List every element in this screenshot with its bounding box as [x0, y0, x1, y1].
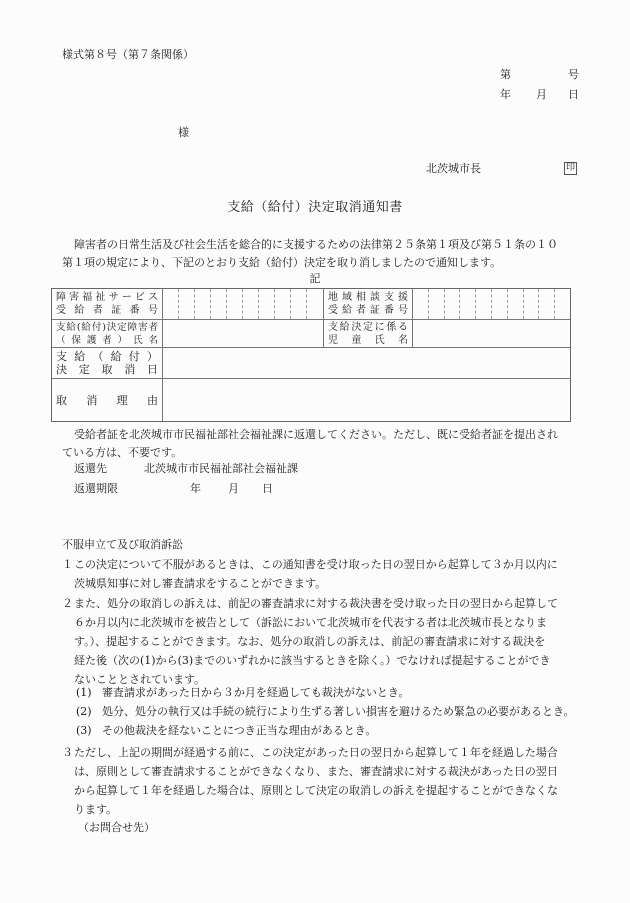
document-number-prefix: 第: [500, 68, 511, 82]
digit-cell[interactable]: [195, 289, 211, 319]
item-line: 茨城県知事に対し審査請求をすることができます。: [62, 574, 607, 593]
community-support-number-field[interactable]: [413, 289, 571, 319]
recipient-honorific: 様: [178, 126, 189, 140]
form-number: 様式第８号（第７条関係）: [62, 48, 194, 62]
digit-cell[interactable]: [275, 289, 291, 319]
appeal-item-3: ３ ただし、上記の期間が経過する前に、この決定があった日の翌日から起算して１年を…: [62, 743, 607, 819]
digit-cell[interactable]: [413, 289, 429, 319]
return-deadline-month: 月: [228, 482, 239, 496]
label-line: 支給(給付)決定障害者: [56, 321, 158, 334]
label-line: 障害福祉サービス: [56, 291, 158, 304]
label-line: 受給者証番号: [328, 304, 408, 317]
return-deadline-day: 日: [262, 482, 273, 496]
table-row-cancel-date: 支給（給付） 決定取消日: [52, 348, 570, 379]
digit-cell[interactable]: [476, 289, 492, 319]
digit-cell[interactable]: [460, 289, 476, 319]
intro-line-2: 第１項の規定により、下記のとおり支給（給付）決定を取り消しましたので通知します。: [62, 254, 582, 272]
digit-cell[interactable]: [555, 289, 571, 319]
label-line: 児童氏名: [328, 334, 408, 347]
appeal-sub-item-3: (3)その他裁決を経ないことにつき正当な理由があるとき。: [76, 724, 376, 738]
digit-cell[interactable]: [227, 289, 243, 319]
table-row-recipient-numbers: 障害福祉サービス 受給者証番号 地域相談支援 受給者証番号: [52, 289, 570, 320]
appeal-sub-item-1: (1)審査請求があった日から３か月を経過しても裁決がないとき。: [76, 686, 409, 700]
label-welfare-service-number: 障害福祉サービス 受給者証番号: [52, 289, 163, 319]
digit-cell[interactable]: [179, 289, 195, 319]
return-note: 受給者証を北茨城市市民福祉部社会福祉課に返還してください。ただし、既に受給者証を…: [62, 426, 602, 462]
label-community-support-number: 地域相談支援 受給者証番号: [323, 289, 413, 319]
item-line: ただし、上記の期間が経過する前に、この決定があった日の翌日から起算して１年を経過…: [62, 743, 607, 762]
sub-item-text: その他裁決を経ないことにつき正当な理由があるとき。: [102, 724, 376, 737]
issue-date-month: 月: [536, 88, 547, 102]
document-number-suffix: 号: [568, 68, 579, 82]
digit-cell[interactable]: [445, 289, 461, 319]
label-cancel-reason: 取消理由: [52, 379, 163, 421]
label-guardian-name: 支給(給付)決定障害者 （保護者）氏名: [52, 320, 163, 347]
sub-item-mark: (1): [76, 686, 102, 700]
ki-marker: 記: [0, 272, 630, 286]
sub-item-text: 審査請求があった日から３か月を経過しても裁決がないとき。: [102, 686, 409, 699]
appeal-heading: 不服申立て及び取消訴訟: [62, 538, 183, 552]
return-deadline-year: 年: [190, 482, 201, 496]
table-row-cancel-reason: 取消理由: [52, 379, 570, 421]
item-line: す。）、提起することができます。なお、処分の取消しの訴えは、前記の審査請求に対す…: [62, 632, 607, 651]
label-line: 取消理由: [56, 394, 158, 407]
label-child-name: 支給決定に係る 児童氏名: [323, 320, 413, 347]
digit-cell[interactable]: [291, 289, 307, 319]
item-line: 経た後（次の(1)から(3)までのいずれかに該当するときを除く。）でなければ提起…: [62, 651, 607, 670]
item-line: この決定について不服があるときは、この通知書を受け取った日の翌日から起算して３か…: [62, 555, 607, 574]
cancel-date-field[interactable]: [163, 348, 570, 378]
return-deadline-label: 返還期限: [74, 482, 118, 496]
contact-heading: （お問合せ先）: [78, 821, 155, 835]
item-number: ２: [62, 594, 73, 613]
return-destination-label: 返還先: [74, 462, 107, 476]
digit-cell[interactable]: [259, 289, 275, 319]
item-line: から起算して１年を経過した場合は、原則として決定の取消しの訴えを提起することがで…: [62, 781, 607, 800]
label-line: 地域相談支援: [328, 291, 408, 304]
sub-item-mark: (3): [76, 724, 102, 738]
issuer-name: 北茨城市長: [426, 162, 481, 176]
digit-cell[interactable]: [429, 289, 445, 319]
guardian-name-field[interactable]: [163, 320, 323, 347]
label-line: （保護者）氏名: [56, 334, 158, 347]
seal-icon: 印: [564, 162, 577, 175]
digit-cell[interactable]: [524, 289, 540, 319]
digit-cell[interactable]: [163, 289, 179, 319]
appeal-sub-item-2: (2)処分、処分の執行又は手続の続行により生ずる著しい損害を避けるため緊急の必要…: [76, 705, 575, 719]
sub-item-text: 処分、処分の執行又は手続の続行により生ずる著しい損害を避けるため緊急の必要がある…: [102, 705, 575, 718]
label-cancel-date: 支給（給付） 決定取消日: [52, 348, 163, 378]
label-line: 受給者証番号: [56, 304, 158, 317]
cancel-reason-field[interactable]: [163, 379, 570, 421]
label-line: 支給決定に係る: [328, 321, 408, 334]
sub-item-mark: (2): [76, 705, 102, 719]
digit-cell[interactable]: [492, 289, 508, 319]
issue-date-day: 日: [568, 88, 579, 102]
return-destination-value: 北茨城市市民福祉部社会福祉課: [144, 462, 298, 476]
digit-cell[interactable]: [243, 289, 259, 319]
return-note-line-2: ている方は、不要です。: [62, 444, 602, 462]
table-row-names: 支給(給付)決定障害者 （保護者）氏名 支給決定に係る 児童氏名: [52, 320, 570, 348]
label-line: 支給（給付）: [56, 350, 158, 363]
welfare-service-number-field[interactable]: [163, 289, 323, 319]
child-name-field[interactable]: [413, 320, 570, 347]
item-line: ります。: [62, 800, 607, 819]
item-line: ６か月以内に北茨城市を被告として（訴訟において北茨城市を代表する者は北茨城市長と…: [62, 613, 607, 632]
detail-table: 障害福祉サービス 受給者証番号 地域相談支援 受給者証番号: [51, 288, 571, 422]
digit-cell[interactable]: [307, 289, 323, 319]
item-line: また、処分の取消しの訴えは、前記の審査請求に対する裁決書を受け取った日の翌日から…: [62, 594, 607, 613]
intro-paragraph: 障害者の日常生活及び社会生活を総合的に支援するための法律第２５条第１項及び第５１…: [62, 236, 582, 272]
issue-date-year: 年: [500, 88, 511, 102]
return-note-line-1: 受給者証を北茨城市市民福祉部社会福祉課に返還してください。ただし、既に受給者証を…: [62, 426, 602, 444]
item-line: は、原則として審査請求することができなくなり、また、審査請求に対する裁決があった…: [62, 762, 607, 781]
intro-line-1: 障害者の日常生活及び社会生活を総合的に支援するための法律第２５条第１項及び第５１…: [62, 236, 582, 254]
digit-cell[interactable]: [508, 289, 524, 319]
label-line: 決定取消日: [56, 363, 158, 376]
appeal-item-2: ２ また、処分の取消しの訴えは、前記の審査請求に対する裁決書を受け取った日の翌日…: [62, 594, 607, 689]
digit-cell[interactable]: [539, 289, 555, 319]
item-number: ３: [62, 743, 73, 762]
document-title: 支給（給付）決定取消通知書: [0, 196, 630, 215]
appeal-item-1: １ この決定について不服があるときは、この通知書を受け取った日の翌日から起算して…: [62, 555, 607, 593]
item-number: １: [62, 555, 73, 574]
digit-cell[interactable]: [211, 289, 227, 319]
